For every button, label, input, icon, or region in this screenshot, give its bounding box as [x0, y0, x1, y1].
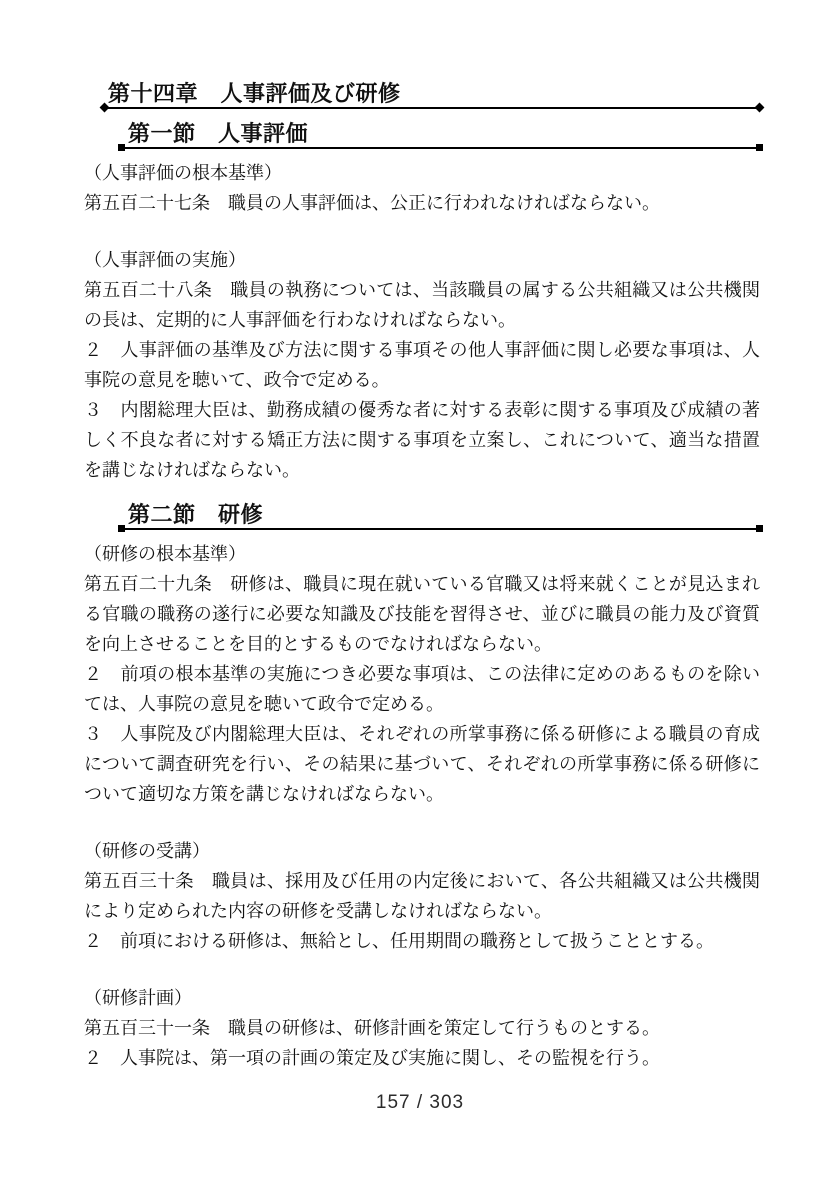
rule-endpoint-square-right-icon	[756, 525, 763, 532]
article-paragraph: 第五百三十一条 職員の研修は、研修計画を策定して行うものとする。	[84, 1013, 760, 1043]
article-paragraph: 第五百二十九条 研修は、職員に現在就いている官職又は将来就くことが見込まれる官職…	[84, 569, 760, 659]
blank-line	[84, 956, 760, 983]
article-paragraph: 第五百二十七条 職員の人事評価は、公正に行われなければならない。	[84, 188, 760, 218]
article-caption: （人事評価の根本基準）	[84, 158, 760, 188]
article-paragraph: ２ 前項における研修は、無給とし、任用期間の職務として扱うこととする。	[84, 926, 760, 956]
document-body: 第十四章 人事評価及び研修 第一節 人事評価 （人事評価の根本基準） 第五百二十…	[84, 82, 760, 1073]
chapter-title: 第十四章 人事評価及び研修	[108, 81, 401, 106]
article-caption: （研修計画）	[84, 983, 760, 1013]
article-paragraph: 第五百二十八条 職員の執務については、当該職員の属する公共組織又は公共機関の長は…	[84, 275, 760, 335]
blank-line	[84, 218, 760, 245]
article-paragraph: ２ 人事院は、第一項の計画の策定及び実施に関し、その監視を行う。	[84, 1043, 760, 1073]
article-caption: （人事評価の実施）	[84, 245, 760, 275]
article-paragraph: ２ 前項の根本基準の実施につき必要な事項は、この法律に定めのあるものを除いては、…	[84, 659, 760, 719]
rule-endpoint-square-left-icon	[118, 144, 125, 151]
article-paragraph: ３ 人事院及び内閣総理大臣は、それぞれの所掌事務に係る研修による職員の育成につい…	[84, 719, 760, 809]
rule-endpoint-square-left-icon	[118, 525, 125, 532]
section-1-title: 第一節 人事評価	[128, 121, 308, 146]
article-paragraph: ２ 人事評価の基準及び方法に関する事項その他人事評価に関し必要な事項は、人事院の…	[84, 335, 760, 395]
rule-endpoint-diamond-right-icon	[755, 103, 765, 113]
article-paragraph: ３ 内閣総理大臣は、勤務成績の優秀な者に対する表彰に関する事項及び成績の著しく不…	[84, 395, 760, 485]
article-caption: （研修の受講）	[84, 836, 760, 866]
article-paragraph: 第五百三十条 職員は、採用及び任用の内定後において、各公共組織又は公共機関により…	[84, 866, 760, 926]
blank-line	[84, 809, 760, 836]
document-page: 第十四章 人事評価及び研修 第一節 人事評価 （人事評価の根本基準） 第五百二十…	[0, 0, 840, 1190]
page-number: 157 / 303	[0, 1092, 840, 1114]
article-caption: （研修の根本基準）	[84, 539, 760, 569]
section-2-heading: 第二節 研修	[121, 503, 760, 530]
section-2-title: 第二節 研修	[128, 502, 263, 527]
rule-endpoint-square-right-icon	[756, 144, 763, 151]
section-1-heading: 第一節 人事評価	[121, 122, 760, 149]
chapter-heading: 第十四章 人事評価及び研修	[104, 82, 760, 109]
